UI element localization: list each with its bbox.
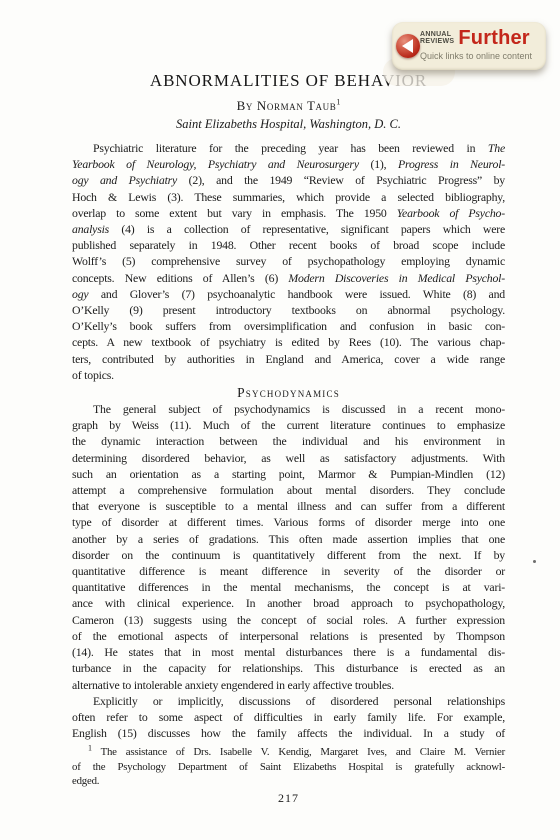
text-segment: attempt a comprehensive formulation abou… xyxy=(72,483,505,497)
left-triangle-glyph xyxy=(402,39,413,53)
text-line: quantitative differences in the mental m… xyxy=(72,579,505,595)
text-line: O’Kelly’s book suffers from oversimplifi… xyxy=(72,318,505,334)
text-segment: type of disorder at different times. Var… xyxy=(72,515,505,529)
text-segment: Modern Discoveries in Medical Psychol- xyxy=(288,271,505,285)
text-segment: of topics. xyxy=(72,368,114,382)
text-segment: ogy and Psychiatry xyxy=(72,173,177,187)
badge-subtitle[interactable]: Quick links to online content xyxy=(420,51,542,61)
text-line: The general subject of psychodynamics is… xyxy=(72,401,505,417)
text-line: Wolff’s (5) comprehensive survey of psyc… xyxy=(72,253,505,269)
text-line: ance with clinical experience. In anothe… xyxy=(72,595,505,611)
text-line: graph by Weiss (11). Much of the current… xyxy=(72,417,505,433)
text-segment: (4) is a collection of representative, s… xyxy=(109,222,505,236)
text-line: of topics. xyxy=(72,367,505,383)
paragraph: 1 The assistance of Drs. Isabelle V. Ken… xyxy=(72,745,505,788)
annual-reviews-wordmark: ANNUAL REVIEWS xyxy=(420,31,454,46)
text-segment: ance with clinical experience. In anothe… xyxy=(72,596,505,610)
text-segment: Yearbook of Neurology, Psychiatry and Ne… xyxy=(72,157,359,171)
affiliation: Saint Elizabeths Hospital, Washington, D… xyxy=(72,117,505,132)
text-segment: (1), xyxy=(359,157,398,171)
text-segment: published separately in 1948. Other rece… xyxy=(72,238,505,252)
text-segment: ters, contributed by authorities in Engl… xyxy=(72,352,505,366)
byline-footnote-mark: 1 xyxy=(336,98,340,107)
text-segment: the dynamic interaction between the indi… xyxy=(72,434,505,448)
text-line: cepts. A new textbook of psychiatry is e… xyxy=(72,334,505,350)
text-line: ogy and Glover’s (7) psychoanalytic hand… xyxy=(72,286,505,302)
paragraph: The general subject of psychodynamics is… xyxy=(72,401,505,693)
text-segment: of the emotional aspects of interpersona… xyxy=(72,629,505,643)
text-line: determining disordered behavior, as well… xyxy=(72,450,505,466)
text-segment: of the Psychology Department of Saint El… xyxy=(72,761,505,773)
text-line: analysis (4) is a collection of represen… xyxy=(72,221,505,237)
text-segment: concepts. New editions of Allen’s (6) xyxy=(72,271,288,285)
text-segment: edged. xyxy=(72,775,99,787)
byline: By Norman Taub1 xyxy=(72,98,505,114)
text-segment: Explicitly or implicitly, discussions of… xyxy=(93,694,505,708)
text-segment: Yearbook of Psycho- xyxy=(397,206,505,220)
byline-text: By Norman Taub xyxy=(237,98,337,113)
text-segment: another by a series of gradations. This … xyxy=(72,532,505,546)
page-number: 217 xyxy=(72,791,505,806)
text-segment: Hoch & Lewis (3). These summaries, which… xyxy=(72,190,505,204)
text-segment: ogy xyxy=(72,287,88,301)
text-line: (14). He states that in most mental dist… xyxy=(72,644,505,660)
text-segment: alternative to intolerable anxiety engen… xyxy=(72,678,394,692)
brand-line-1: ANNUAL xyxy=(420,31,454,39)
text-line: such an orientation as a starting point,… xyxy=(72,466,505,482)
text-segment: and Glover’s (7) psychoanalytic handbook… xyxy=(88,287,505,301)
text-segment: The assistance of Drs. Isabelle V. Kendi… xyxy=(92,746,505,758)
text-line: ters, contributed by authorities in Engl… xyxy=(72,351,505,367)
text-segment: quantitative differences in the mental m… xyxy=(72,580,505,594)
text-segment: Progress in Neurol- xyxy=(398,157,505,171)
text-segment: (14). He states that in most mental dist… xyxy=(72,645,505,659)
text-line: disorder on the continuum is quantitativ… xyxy=(72,547,505,563)
text-segment: disorder on the continuum is quantitativ… xyxy=(72,548,505,562)
text-line: turbance in the capacity for relationshi… xyxy=(72,660,505,676)
text-line: the dynamic interaction between the indi… xyxy=(72,433,505,449)
text-line: English (15) discusses how the family af… xyxy=(72,725,505,741)
text-line: alternative to intolerable anxiety engen… xyxy=(72,677,505,693)
text-segment: English (15) discusses how the family af… xyxy=(72,726,505,740)
text-line: 1 The assistance of Drs. Isabelle V. Ken… xyxy=(72,745,505,759)
text-segment: The xyxy=(488,141,505,155)
text-segment: determining disordered behavior, as well… xyxy=(72,451,505,465)
body-content: Psychiatric literature for the preceding… xyxy=(72,140,505,741)
text-line: another by a series of gradations. This … xyxy=(72,531,505,547)
badge-title[interactable]: Further xyxy=(458,27,529,49)
text-line: Cameron (13) suggests using the concept … xyxy=(72,612,505,628)
footnote: 1 The assistance of Drs. Isabelle V. Ken… xyxy=(72,745,505,788)
text-segment: Psychiatric literature for the preceding… xyxy=(93,141,488,155)
text-line: often refer to some aspect of difficulti… xyxy=(72,709,505,725)
text-line: attempt a comprehensive formulation abou… xyxy=(72,482,505,498)
annual-reviews-further-badge[interactable]: ANNUAL REVIEWS Further Quick links to on… xyxy=(392,22,546,70)
text-segment: (2), and the 1949 “Review of Psychiatric… xyxy=(177,173,505,187)
section-heading: Psychodynamics xyxy=(72,385,505,400)
text-line: Hoch & Lewis (3). These summaries, which… xyxy=(72,189,505,205)
text-column: ABNORMALITIES OF BEHAVIOR By Norman Taub… xyxy=(0,71,560,806)
paragraph: Explicitly or implicitly, discussions of… xyxy=(72,693,505,742)
text-segment: The general subject of psychodynamics is… xyxy=(93,402,505,416)
text-line: Psychiatric literature for the preceding… xyxy=(72,140,505,156)
text-line: edged. xyxy=(72,774,505,788)
text-segment: overlap to some extent but vary in empha… xyxy=(72,206,397,220)
text-segment: that everyone is susceptible to a mental… xyxy=(72,499,505,513)
brand-line-2: REVIEWS xyxy=(420,38,454,46)
text-segment: graph by Weiss (11). Much of the current… xyxy=(72,418,505,432)
text-segment: turbance in the capacity for relationshi… xyxy=(72,661,505,675)
back-arrow-icon[interactable] xyxy=(396,34,420,58)
text-segment: often refer to some aspect of difficulti… xyxy=(72,710,505,724)
text-line: Yearbook of Neurology, Psychiatry and Ne… xyxy=(72,156,505,172)
text-segment: quantitative difference is meant differe… xyxy=(72,564,505,578)
text-segment: O’Kelly’s book suffers from oversimplifi… xyxy=(72,319,505,333)
text-line: published separately in 1948. Other rece… xyxy=(72,237,505,253)
text-segment: O’Kelly (9) present introductory textboo… xyxy=(72,303,505,317)
text-segment: Cameron (13) suggests using the concept … xyxy=(72,613,505,627)
text-segment: analysis xyxy=(72,222,109,236)
text-line: O’Kelly (9) present introductory textboo… xyxy=(72,302,505,318)
scan-artifact-dot xyxy=(533,560,536,563)
text-line: ogy and Psychiatry (2), and the 1949 “Re… xyxy=(72,172,505,188)
text-segment: Wolff’s (5) comprehensive survey of psyc… xyxy=(72,254,505,268)
text-line: quantitative difference is meant differe… xyxy=(72,563,505,579)
paragraph: Psychiatric literature for the preceding… xyxy=(72,140,505,383)
badge-row: ANNUAL REVIEWS Further xyxy=(420,27,542,49)
text-line: concepts. New editions of Allen’s (6) Mo… xyxy=(72,270,505,286)
text-segment: such an orientation as a starting point,… xyxy=(72,467,505,481)
text-line: of the Psychology Department of Saint El… xyxy=(72,760,505,774)
text-segment: cepts. A new textbook of psychiatry is e… xyxy=(72,335,505,349)
text-line: Explicitly or implicitly, discussions of… xyxy=(72,693,505,709)
text-line: type of disorder at different times. Var… xyxy=(72,514,505,530)
badge-body: ANNUAL REVIEWS Further Quick links to on… xyxy=(420,27,542,61)
journal-page: ANNUAL REVIEWS Further Quick links to on… xyxy=(0,0,560,840)
text-line: of the emotional aspects of interpersona… xyxy=(72,628,505,644)
text-line: overlap to some extent but vary in empha… xyxy=(72,205,505,221)
text-line: that everyone is susceptible to a mental… xyxy=(72,498,505,514)
